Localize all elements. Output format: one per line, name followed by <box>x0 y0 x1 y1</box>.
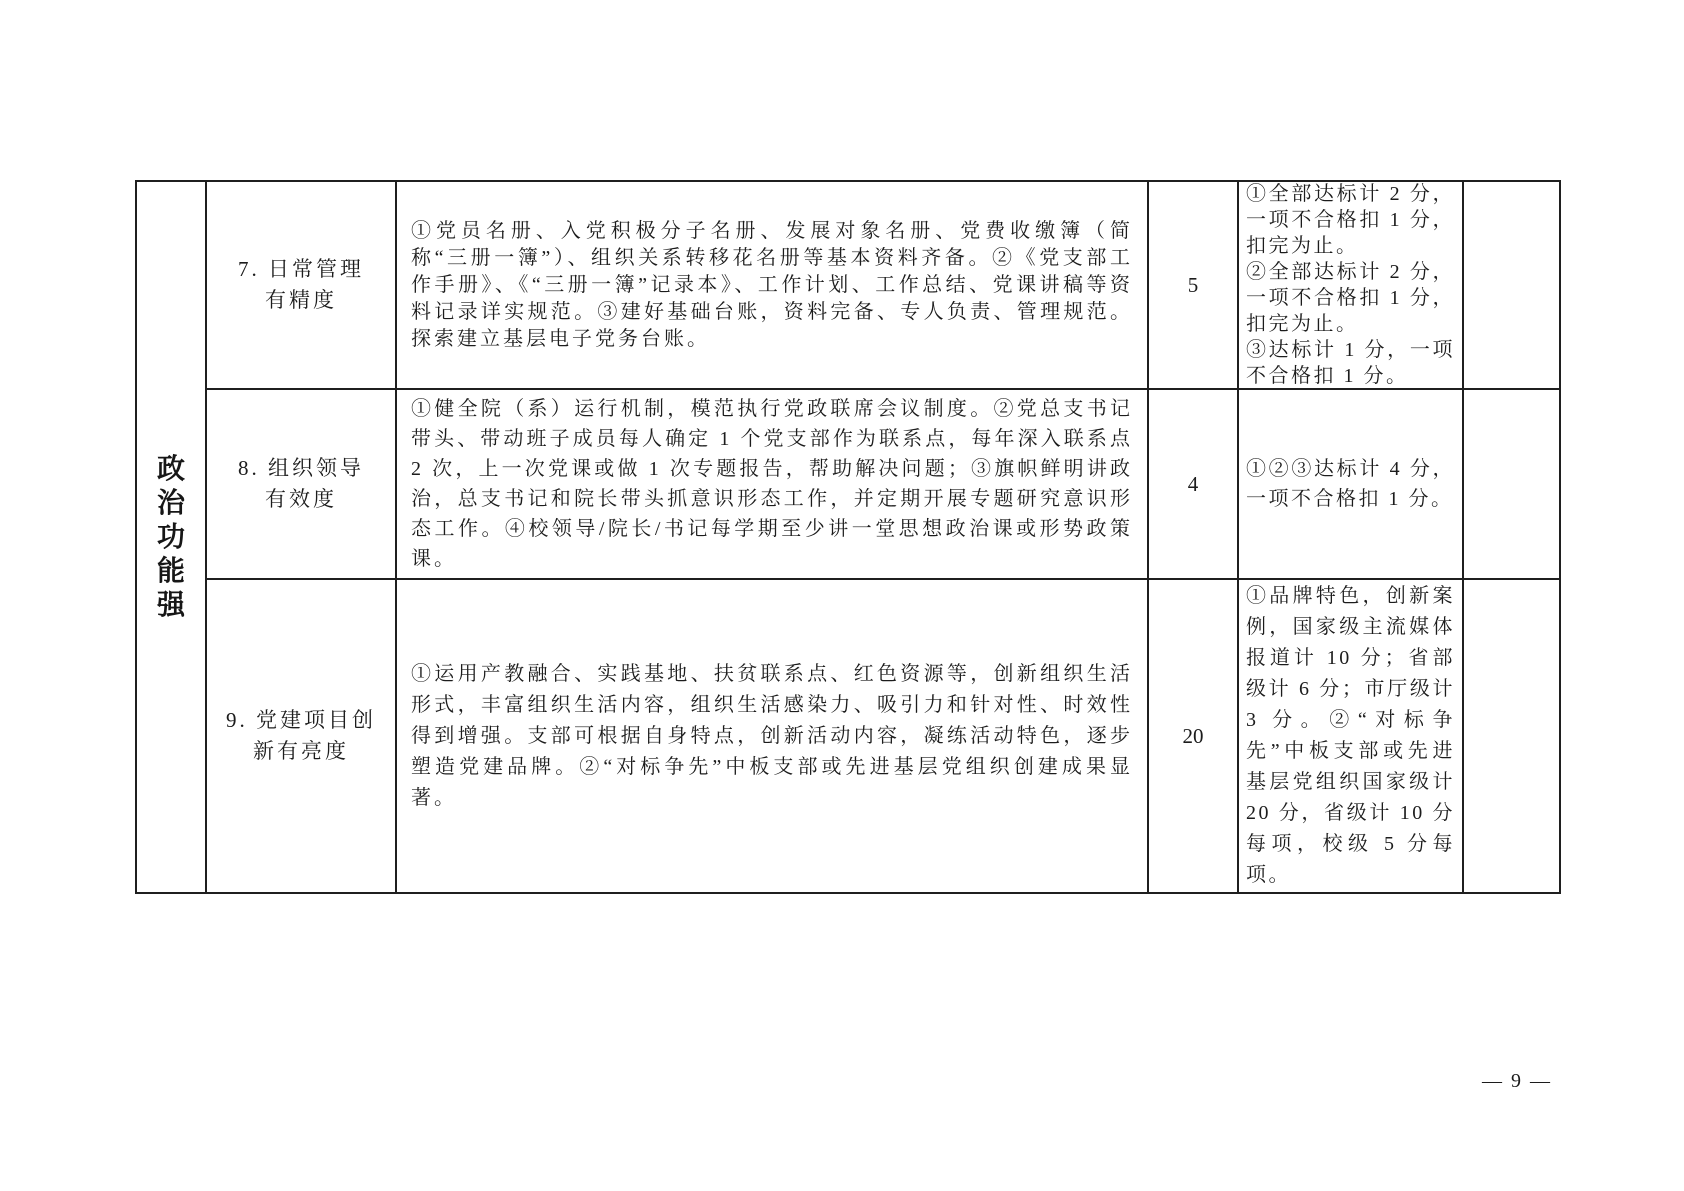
row-criteria-7: ①全部达标计 2 分，一项不合格扣 1 分，扣完为止。 ②全部达标计 2 分，一… <box>1246 182 1455 389</box>
row-content-8: ①健全院（系）运行机制，模范执行党政联席会议制度。②党总支书记带头、带动班子成员… <box>411 394 1133 574</box>
row-title-9: 9. 党建项目创 新有亮度 <box>207 580 397 892</box>
row-criteria-cell-9: ①品牌特色，创新案例，国家级主流媒体报道计 10 分；省部级计 6 分；市厅级计… <box>1239 580 1464 892</box>
document-page: 政治功能强 7. 日常管理 有精度 ①党员名册、入党积极分子名册、发展对象名册、… <box>0 0 1684 1191</box>
row-criteria-cell-8: ①②③达标计 4 分，一项不合格扣 1 分。 <box>1239 390 1464 580</box>
row-content-cell-9: ①运用产教融合、实践基地、扶贫联系点、红色资源等，创新组织生活形式，丰富组织生活… <box>397 580 1149 892</box>
empty-cell-7 <box>1464 182 1559 390</box>
row-score-8: 4 <box>1149 390 1239 580</box>
category-label: 政治功能强 <box>154 452 188 622</box>
row-criteria-8: ①②③达标计 4 分，一项不合格扣 1 分。 <box>1246 454 1455 514</box>
row-criteria-cell-7: ①全部达标计 2 分，一项不合格扣 1 分，扣完为止。 ②全部达标计 2 分，一… <box>1239 182 1464 390</box>
row-score-9: 20 <box>1149 580 1239 892</box>
category-cell: 政治功能强 <box>137 182 207 892</box>
row-content-9: ①运用产教融合、实践基地、扶贫联系点、红色资源等，创新组织生活形式，丰富组织生活… <box>411 659 1133 814</box>
empty-cell-8 <box>1464 390 1559 580</box>
row-score-7: 5 <box>1149 182 1239 390</box>
row-title-8: 8. 组织领导 有效度 <box>207 390 397 580</box>
row-content-cell-7: ①党员名册、入党积极分子名册、发展对象名册、党费收缴簿（简称“三册一簿”）、组织… <box>397 182 1149 390</box>
row-title-7: 7. 日常管理 有精度 <box>207 182 397 390</box>
page-number: — 9 — <box>1452 1070 1582 1093</box>
empty-cell-9 <box>1464 580 1559 892</box>
row-content-7: ①党员名册、入党积极分子名册、发展对象名册、党费收缴簿（简称“三册一簿”）、组织… <box>411 218 1133 353</box>
row-criteria-9: ①品牌特色，创新案例，国家级主流媒体报道计 10 分；省部级计 6 分；市厅级计… <box>1246 581 1455 891</box>
row-content-cell-8: ①健全院（系）运行机制，模范执行党政联席会议制度。②党总支书记带头、带动班子成员… <box>397 390 1149 580</box>
evaluation-table: 政治功能强 7. 日常管理 有精度 ①党员名册、入党积极分子名册、发展对象名册、… <box>135 180 1561 894</box>
